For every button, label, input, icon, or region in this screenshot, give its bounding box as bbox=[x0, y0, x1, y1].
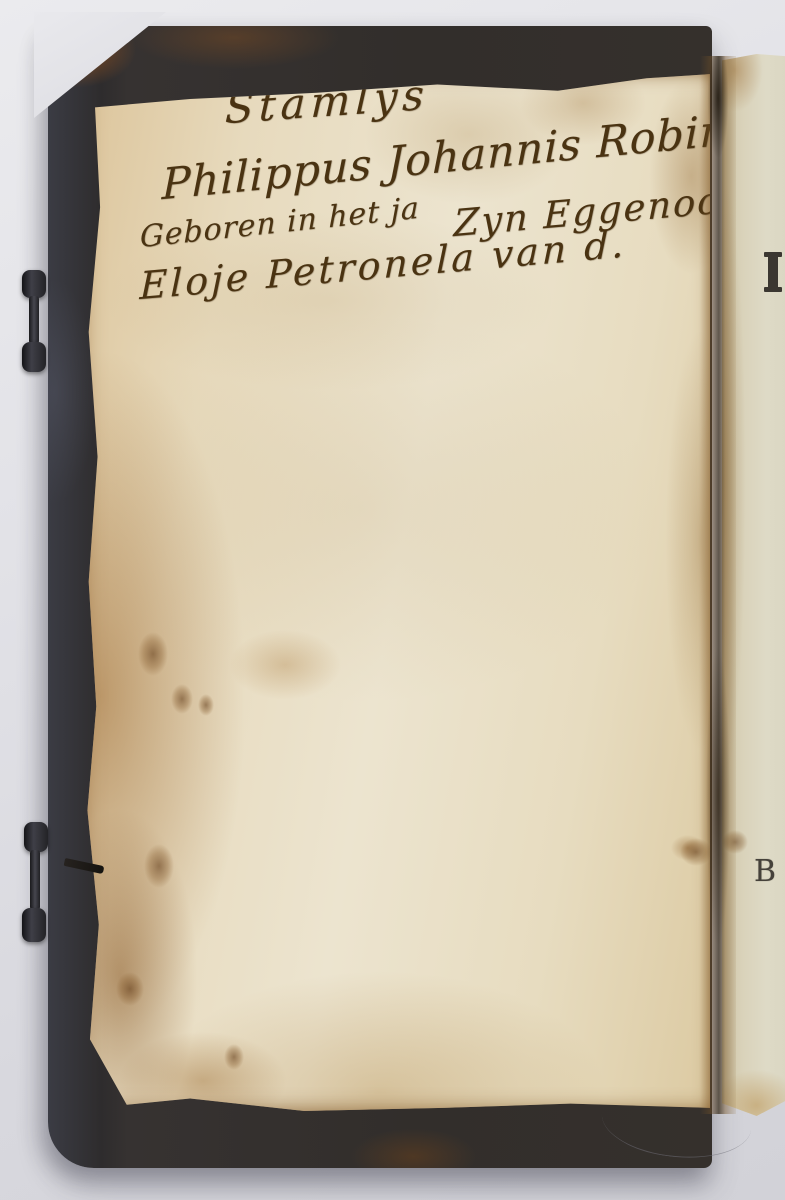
photo-of-antique-book: Stamlys Philippus Johannis Robinson Gebo… bbox=[0, 0, 785, 1200]
metal-clasp-bottom bbox=[18, 820, 64, 944]
ink-stain bbox=[198, 694, 214, 716]
printed-letter-fragment bbox=[768, 254, 778, 290]
ink-stain bbox=[116, 972, 144, 1006]
ink-stain bbox=[144, 844, 174, 888]
ink-stain bbox=[171, 684, 193, 714]
clasp-bar bbox=[29, 296, 39, 344]
printed-letter-b: B bbox=[754, 854, 776, 889]
ink-stain bbox=[138, 632, 168, 676]
printed-letter-fragment bbox=[764, 252, 782, 257]
clasp-bar bbox=[30, 850, 40, 910]
flyleaf-page: Stamlys Philippus Johannis Robinson Gebo… bbox=[76, 72, 710, 1112]
page-gutter bbox=[700, 56, 736, 1114]
clasp-knob bbox=[22, 270, 46, 298]
printed-letter-fragment bbox=[764, 287, 782, 292]
ink-stain bbox=[224, 1044, 244, 1070]
clasp-knob bbox=[22, 908, 46, 942]
clasp-knob bbox=[22, 342, 46, 372]
clasp-knob bbox=[24, 822, 48, 852]
metal-clasp-top bbox=[16, 270, 62, 374]
